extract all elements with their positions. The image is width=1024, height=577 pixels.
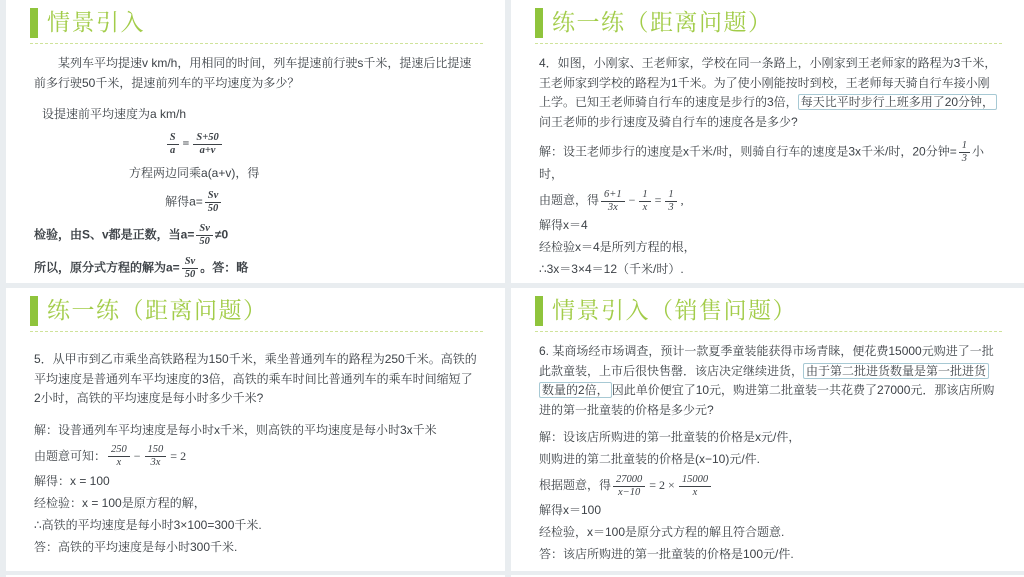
comma: , xyxy=(681,191,684,211)
multiply-step-text: 方程两边同乘a(a+v)，得 xyxy=(34,164,354,184)
equals-times: = 2 × xyxy=(649,476,675,496)
slide-1-scenario-intro[interactable]: 情景引入 某列车平均提速v km/h，用相同的时间，列车提速前行驶s千米，提速后… xyxy=(6,0,505,283)
solution-setup: 解：设该店所购进的第一批童装的价格是x元/件， xyxy=(539,428,998,448)
fraction: 27000x−10 xyxy=(613,474,645,499)
equals-sign: = xyxy=(655,191,662,211)
problem-text: 5．从甲市到乙市乘坐高铁路程为150千米，乘坐普通列车的路程为250千米。高铁的… xyxy=(34,350,479,409)
answer-text: 答：该店所购进的第一批童装的价格是100元/件. xyxy=(539,545,998,565)
title-accent-bar xyxy=(30,8,38,38)
therefore-step: ∴高铁的平均速度是每小时3×100=300千米. xyxy=(34,516,479,536)
slide-4-scenario-sales[interactable]: 情景引入（销售问题） 6. 某商场经市场调查，预计一款夏季童装能获得市场青睐，便… xyxy=(511,288,1024,571)
slide-2-practice-distance[interactable]: 练一练（距离问题） 4．如图，小刚家、王老师家，学校在同一条路上，小刚家到王老师… xyxy=(511,0,1024,283)
fraction: Sa xyxy=(167,132,179,157)
check-step: 经检验x＝4是所列方程的根， xyxy=(539,238,998,258)
fraction: S+50a+v xyxy=(193,132,221,157)
slide-3-title: 练一练（距离问题） xyxy=(47,298,268,323)
answer-text: 答：王老师步行的速度是4千米/时，骑自行车的速度是12千米/时. xyxy=(539,282,998,283)
highlight-box: 每天比平时步行上班多用了20分钟， xyxy=(798,94,997,110)
slide-2-header: 练一练（距离问题） xyxy=(535,8,1002,44)
problem-text: 6. 某商场经市场调查，预计一款夏季童装能获得市场青睐，便花费15000元购进了… xyxy=(539,342,998,420)
assumption-text: 设提速前平均速度为a km/h xyxy=(42,105,479,125)
problem-text: 4．如图，小刚家、王老师家，学校在同一条路上，小刚家到王老师家的路程为3千米，王… xyxy=(539,54,998,132)
check-step: 检验，由S、v都是正数，当a=Sv50≠0 xyxy=(34,223,479,248)
fraction: 1503x xyxy=(145,444,167,469)
fraction: 13 xyxy=(959,140,970,165)
fraction: 13 xyxy=(665,189,676,214)
fraction: 1x xyxy=(639,189,650,214)
slide-1-header: 情景引入 xyxy=(30,8,483,44)
equals-sign: = xyxy=(183,136,190,150)
therefore-step: ∴3x＝3×4＝12（千米/时）. xyxy=(539,260,998,280)
title-accent-bar xyxy=(535,296,543,326)
equation-line: 由题意，得6+13x−1x=13, xyxy=(539,189,998,214)
solution-setup: 解：设王老师步行的速度是x千米/时，则骑自行车的速度是3x千米/时，20分钟=1… xyxy=(539,140,998,185)
slide-4-header: 情景引入（销售问题） xyxy=(535,296,1002,332)
solve-step: 解得：x = 100 xyxy=(34,472,479,492)
solution-setup: 解：设普通列车平均速度是每小时x千米，则高铁的平均速度是每小时3x千米 xyxy=(34,421,479,441)
problem-text: 某列车平均提速v km/h，用相同的时间，列车提速前行驶s千米，提速后比提速前多… xyxy=(34,54,479,93)
slide-3-header: 练一练（距离问题） xyxy=(30,296,483,332)
title-accent-bar xyxy=(535,8,543,38)
check-step: 经检验，x＝100是原分式方程的解且符合题意. xyxy=(539,523,998,543)
slide-2-body: 4．如图，小刚家、王老师家，学校在同一条路上，小刚家到王老师家的路程为3千米，王… xyxy=(511,44,1024,283)
fraction: 15000x xyxy=(679,474,711,499)
fraction: Sv50 xyxy=(196,223,213,248)
equals-rhs: = 2 xyxy=(170,447,186,467)
slide-3-practice-distance[interactable]: 练一练（距离问题） 5．从甲市到乙市乘坐高铁路程为150千米，乘坐普通列车的路程… xyxy=(6,288,505,571)
minus-sign: − xyxy=(629,191,636,211)
minus-sign: − xyxy=(134,447,141,467)
slide-1-title: 情景引入 xyxy=(47,10,145,35)
solution-setup-2: 则购进的第二批童装的价格是(x−10)元/件. xyxy=(539,450,998,470)
fraction: Sv50 xyxy=(205,190,222,215)
fraction: Sv50 xyxy=(182,256,199,281)
equation-line: 由题意可知：250x−1503x= 2 xyxy=(34,444,479,469)
conclusion-step: 所以，原分式方程的解为a=Sv50。答：略 xyxy=(34,256,479,281)
slide-4-body: 6. 某商场经市场调查，预计一款夏季童装能获得市场青睐，便花费15000元购进了… xyxy=(511,332,1024,565)
title-accent-bar xyxy=(30,296,38,326)
check-step: 经检验：x = 100是原方程的解， xyxy=(34,494,479,514)
equation-line: Sa=S+50a+v xyxy=(34,132,354,157)
slide-1-body: 某列车平均提速v km/h，用相同的时间，列车提速前行驶s千米，提速后比提速前多… xyxy=(6,44,505,282)
fraction: 250x xyxy=(108,444,130,469)
equation-line: 根据题意，得27000x−10= 2 ×15000x xyxy=(539,474,998,499)
slides-grid: 情景引入 某列车平均提速v km/h，用相同的时间，列车提速前行驶s千米，提速后… xyxy=(0,0,1024,577)
solve-step: 解得x＝4 xyxy=(539,216,998,236)
slide-4-title: 情景引入（销售问题） xyxy=(552,298,797,323)
slide-3-body: 5．从甲市到乙市乘坐高铁路程为150千米，乘坐普通列车的路程为250千米。高铁的… xyxy=(6,332,505,557)
solve-step: 解得a=Sv50 xyxy=(34,190,354,215)
fraction: 6+13x xyxy=(601,189,625,214)
solve-step: 解得x＝100 xyxy=(539,501,998,521)
slide-2-title: 练一练（距离问题） xyxy=(552,10,773,35)
answer-text: 答：高铁的平均速度是每小时300千米. xyxy=(34,538,479,558)
